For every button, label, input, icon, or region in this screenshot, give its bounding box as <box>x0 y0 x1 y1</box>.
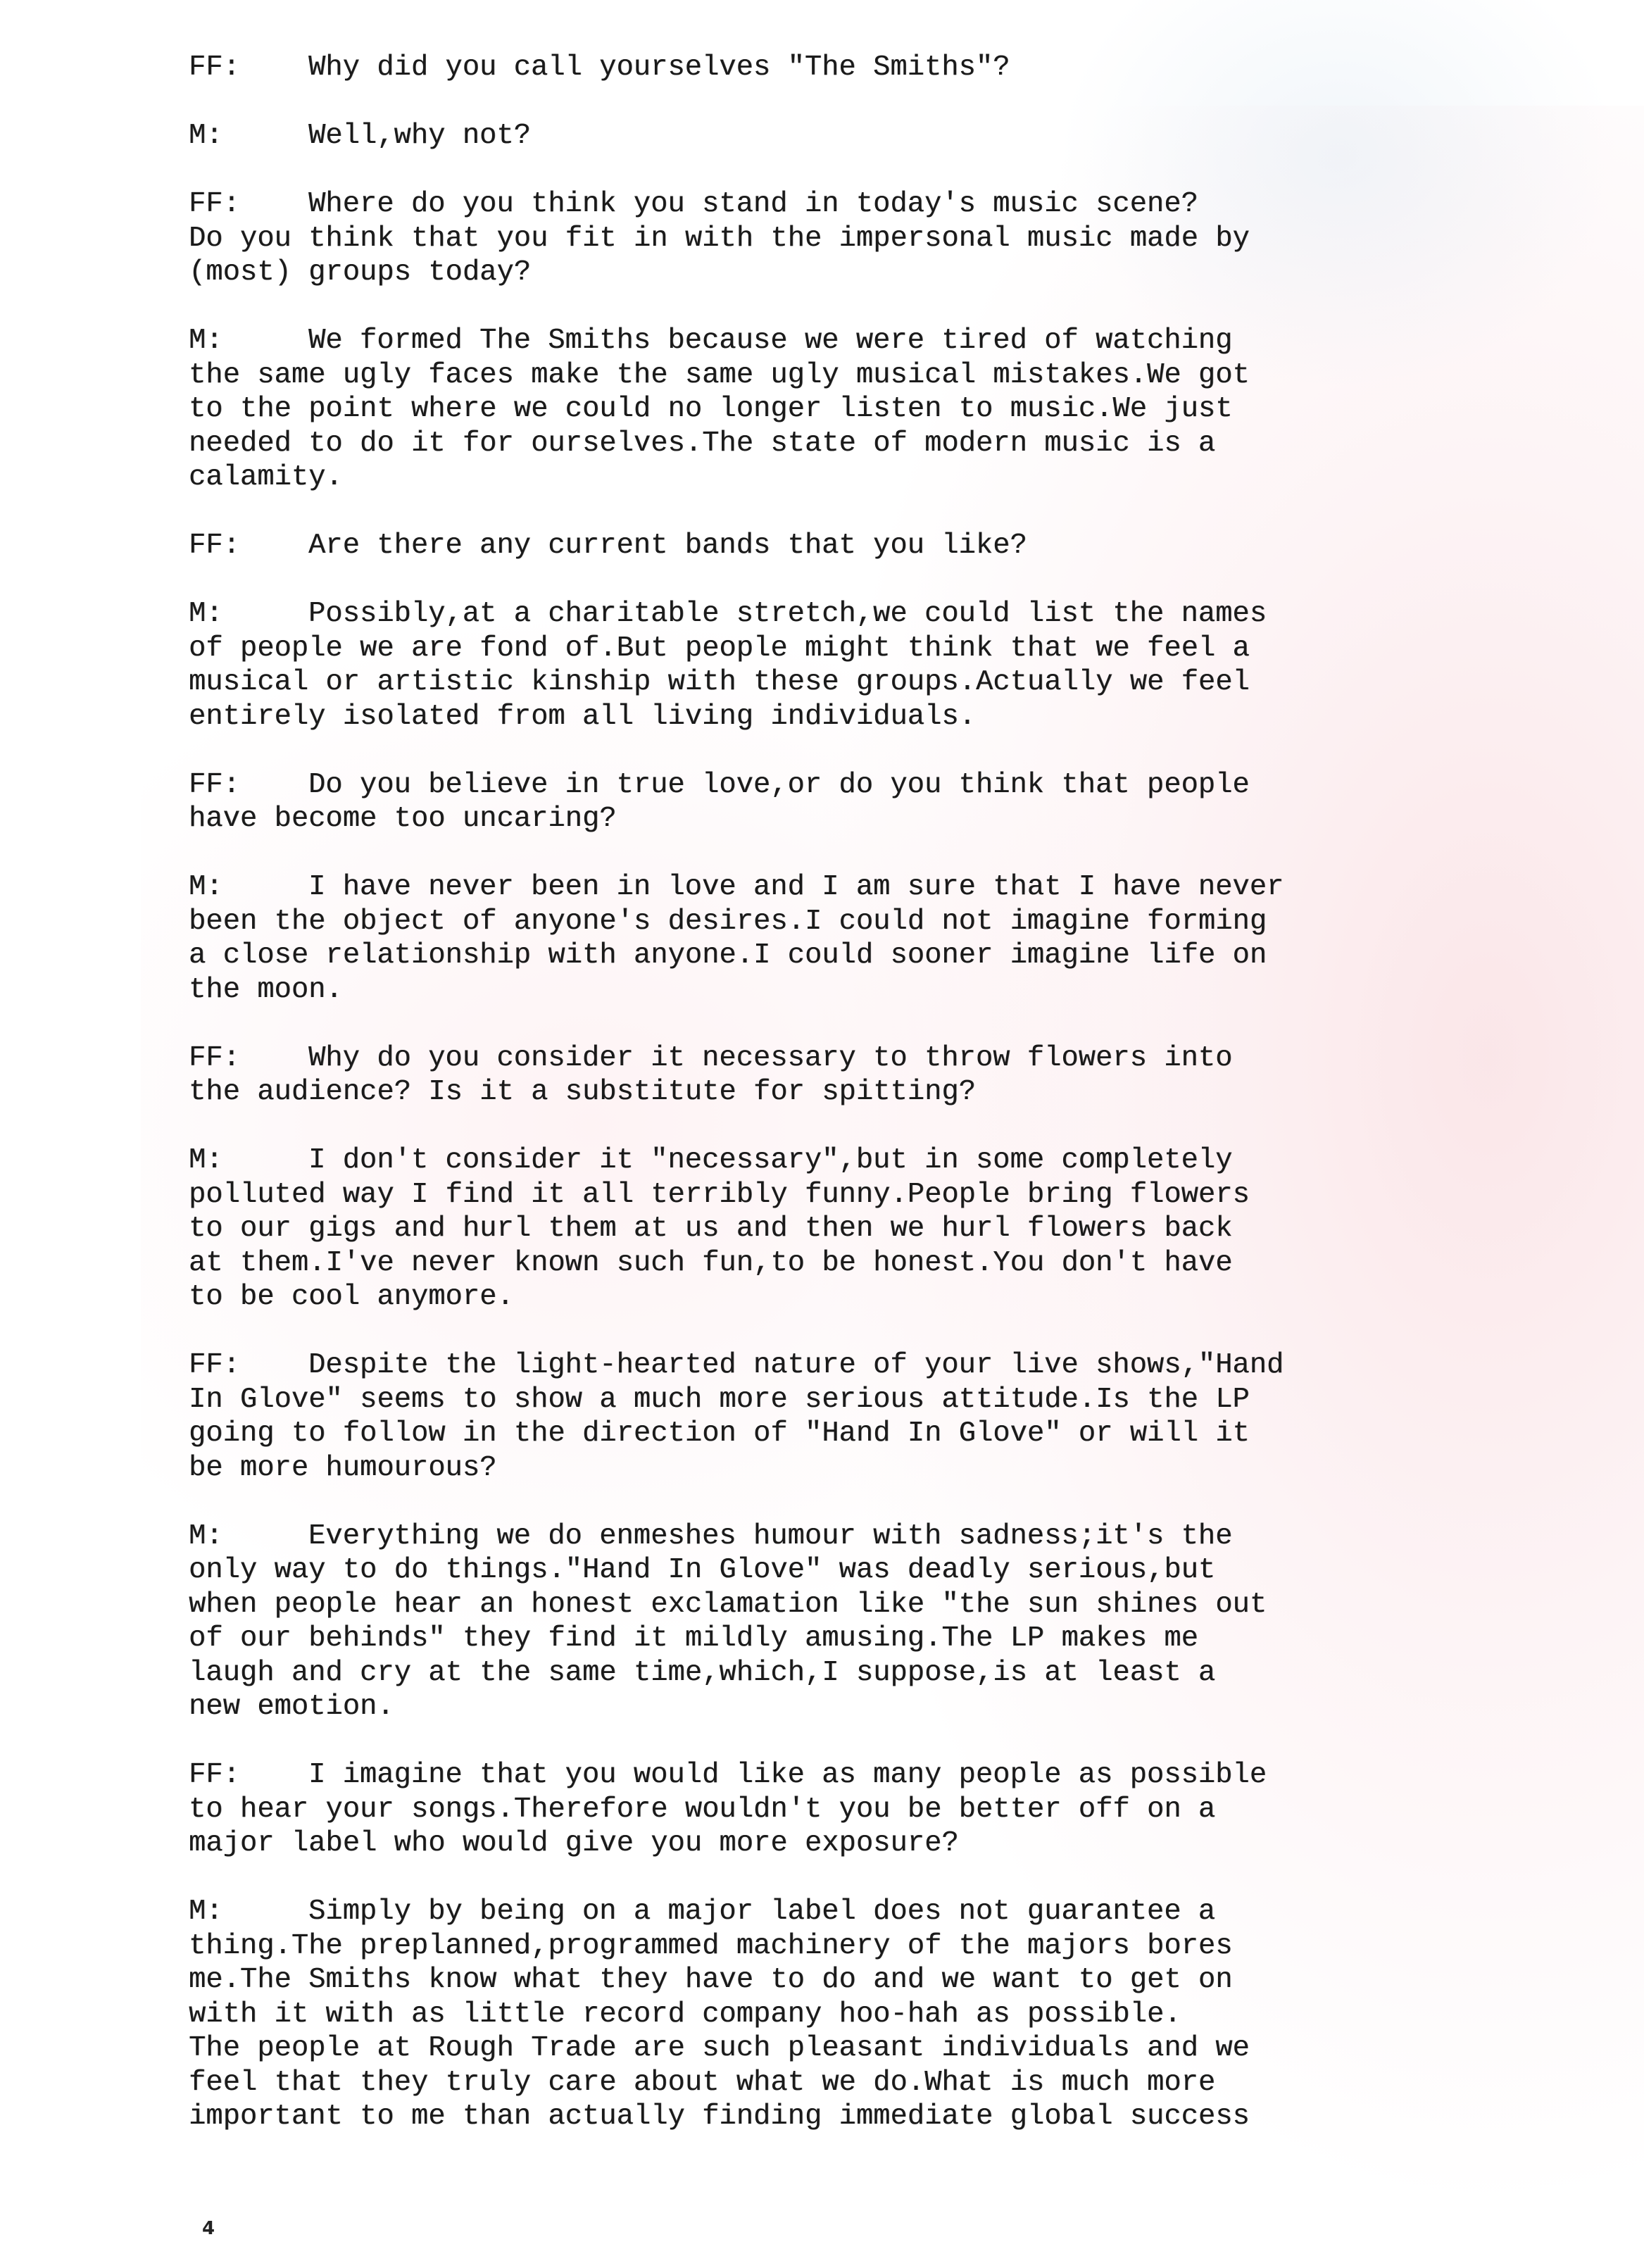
line-text: Everything we do enmeshes humour with sa… <box>308 1520 1232 1553</box>
line-text: Why did you call yourselves "The Smiths"… <box>308 51 1010 84</box>
text-line: musical or artistic kinship with these g… <box>189 665 1442 700</box>
text-line: to hear your songs.Therefore wouldn't yo… <box>189 1793 1442 1827</box>
text-line: In Glove" seems to show a much more seri… <box>189 1383 1442 1417</box>
text-line: M:We formed The Smiths because we were t… <box>189 324 1442 358</box>
line-text: entirely isolated from all living indivi… <box>189 701 976 733</box>
line-text: In Glove" seems to show a much more seri… <box>189 1384 1250 1416</box>
speaker-label: FF: <box>189 768 308 803</box>
text-line: to the point where we could no longer li… <box>189 392 1442 427</box>
line-text: Despite the light-hearted nature of your… <box>308 1349 1284 1382</box>
text-line: going to follow in the direction of "Han… <box>189 1417 1442 1451</box>
line-text: Are there any current bands that you lik… <box>308 530 1027 562</box>
line-text: to hear your songs.Therefore wouldn't yo… <box>189 1793 1215 1826</box>
text-line: to our gigs and hurl them at us and then… <box>189 1212 1442 1246</box>
text-line: needed to do it for ourselves.The state … <box>189 427 1442 461</box>
answer-block: M:I don't consider it "necessary",but in… <box>189 1144 1442 1315</box>
line-text: major label who would give you more expo… <box>189 1827 959 1860</box>
text-line: M:Everything we do enmeshes humour with … <box>189 1520 1442 1554</box>
text-line: new emotion. <box>189 1690 1442 1724</box>
line-text: musical or artistic kinship with these g… <box>189 666 1250 698</box>
text-line: be more humourous? <box>189 1451 1442 1486</box>
text-line: laugh and cry at the same time,which,I s… <box>189 1656 1442 1691</box>
text-line: thing.The preplanned,programmed machiner… <box>189 1929 1442 1964</box>
text-line: major label who would give you more expo… <box>189 1827 1442 1861</box>
text-line: M:Simply by being on a major label does … <box>189 1895 1442 1929</box>
line-text: laugh and cry at the same time,which,I s… <box>189 1657 1215 1689</box>
speaker-label: FF: <box>189 1041 308 1076</box>
text-line: the same ugly faces make the same ugly m… <box>189 358 1442 393</box>
text-line: only way to do things."Hand In Glove" wa… <box>189 1553 1442 1588</box>
speaker-label: M: <box>189 870 308 905</box>
line-text: to our gigs and hurl them at us and then… <box>189 1213 1233 1245</box>
line-text: We formed The Smiths because we were tir… <box>308 325 1232 357</box>
text-line: have become too uncaring? <box>189 802 1442 837</box>
line-text: going to follow in the direction of "Han… <box>189 1417 1250 1450</box>
line-text: to the point where we could no longer li… <box>189 393 1233 425</box>
answer-block: M:I have never been in love and I am sur… <box>189 870 1442 1007</box>
answer-block: M:Simply by being on a major label does … <box>189 1895 1442 2134</box>
text-line: M:I don't consider it "necessary",but in… <box>189 1144 1442 1178</box>
answer-block: M:Possibly,at a charitable stretch,we co… <box>189 597 1442 734</box>
text-line: at them.I've never known such fun,to be … <box>189 1246 1442 1281</box>
line-text: the audience? Is it a substitute for spi… <box>189 1076 976 1108</box>
text-line: of people we are fond of.But people migh… <box>189 632 1442 666</box>
speaker-label: M: <box>189 1895 308 1929</box>
speaker-label: M: <box>189 119 308 154</box>
line-text: polluted way I find it all terribly funn… <box>189 1179 1250 1211</box>
text-line: M:Well,why not? <box>189 119 1442 154</box>
answer-block: M:Everything we do enmeshes humour with … <box>189 1520 1442 1724</box>
line-text: been the object of anyone's desires.I co… <box>189 906 1267 938</box>
text-line: FF:Why did you call yourselves "The Smit… <box>189 51 1442 85</box>
text-line: important to me than actually finding im… <box>189 2100 1442 2134</box>
line-text: to be cool anymore. <box>189 1281 514 1313</box>
text-line: the moon. <box>189 973 1442 1008</box>
question-block: FF:Where do you think you stand in today… <box>189 187 1442 290</box>
text-line: when people hear an honest exclamation l… <box>189 1588 1442 1622</box>
line-text: Do you think that you fit in with the im… <box>189 223 1250 255</box>
line-text: of people we are fond of.But people migh… <box>189 632 1250 665</box>
question-block: FF:Despite the light-hearted nature of y… <box>189 1348 1442 1485</box>
answer-block: M:We formed The Smiths because we were t… <box>189 324 1442 495</box>
line-text: I imagine that you would like as many pe… <box>308 1759 1267 1791</box>
text-line: FF:I imagine that you would like as many… <box>189 1758 1442 1793</box>
speaker-label: FF: <box>189 1758 308 1793</box>
line-text: needed to do it for ourselves.The state … <box>189 427 1215 460</box>
line-text: the same ugly faces make the same ugly m… <box>189 359 1250 391</box>
line-text: Where do you think you stand in today's … <box>308 188 1198 220</box>
text-line: M:I have never been in love and I am sur… <box>189 870 1442 905</box>
interview-transcript: FF:Why did you call yourselves "The Smit… <box>189 51 1442 2134</box>
line-text: a close relationship with anyone.I could… <box>189 939 1267 972</box>
answer-block: M:Well,why not? <box>189 119 1442 154</box>
text-line: to be cool anymore. <box>189 1280 1442 1315</box>
line-text: be more humourous? <box>189 1452 496 1484</box>
line-text: when people hear an honest exclamation l… <box>189 1589 1267 1621</box>
question-block: FF:Do you believe in true love,or do you… <box>189 768 1442 837</box>
text-line: FF:Despite the light-hearted nature of y… <box>189 1348 1442 1383</box>
text-line: with it with as little record company ho… <box>189 1998 1442 2032</box>
line-text: important to me than actually finding im… <box>189 2100 1250 2133</box>
speaker-label: FF: <box>189 1348 308 1383</box>
question-block: FF:Are there any current bands that you … <box>189 529 1442 563</box>
speaker-label: M: <box>189 1144 308 1178</box>
line-text: Do you believe in true love,or do you th… <box>308 769 1250 801</box>
text-line: FF:Why do you consider it necessary to t… <box>189 1041 1442 1076</box>
question-block: FF:I imagine that you would like as many… <box>189 1758 1442 1861</box>
line-text: at them.I've never known such fun,to be … <box>189 1247 1233 1279</box>
text-line: (most) groups today? <box>189 256 1442 290</box>
line-text: Possibly,at a charitable stretch,we coul… <box>308 598 1267 630</box>
text-line: me.The Smiths know what they have to do … <box>189 1963 1442 1998</box>
speaker-label: M: <box>189 1520 308 1554</box>
text-line: M:Possibly,at a charitable stretch,we co… <box>189 597 1442 632</box>
text-line: a close relationship with anyone.I could… <box>189 939 1442 973</box>
line-text: I have never been in love and I am sure … <box>308 871 1284 903</box>
speaker-label: FF: <box>189 529 308 563</box>
line-text: feel that they truly care about what we … <box>189 2067 1215 2099</box>
question-block: FF:Why did you call yourselves "The Smit… <box>189 51 1442 85</box>
line-text: calamity. <box>189 461 343 494</box>
text-line: entirely isolated from all living indivi… <box>189 700 1442 734</box>
speaker-label: FF: <box>189 51 308 85</box>
line-text: thing.The preplanned,programmed machiner… <box>189 1930 1233 1962</box>
question-block: FF:Why do you consider it necessary to t… <box>189 1041 1442 1110</box>
text-line: been the object of anyone's desires.I co… <box>189 905 1442 939</box>
line-text: (most) groups today? <box>189 256 531 289</box>
text-line: FF:Are there any current bands that you … <box>189 529 1442 563</box>
speaker-label: FF: <box>189 187 308 222</box>
text-line: FF:Do you believe in true love,or do you… <box>189 768 1442 803</box>
line-text: The people at Rough Trade are such pleas… <box>189 2032 1250 2065</box>
page-number: 4 <box>202 2218 215 2239</box>
line-text: the moon. <box>189 974 343 1006</box>
line-text: Why do you consider it necessary to thro… <box>308 1042 1232 1075</box>
line-text: only way to do things."Hand In Glove" wa… <box>189 1554 1215 1586</box>
text-line: FF:Where do you think you stand in today… <box>189 187 1442 222</box>
line-text: me.The Smiths know what they have to do … <box>189 1964 1233 1996</box>
line-text: of our behinds" they find it mildly amus… <box>189 1622 1198 1655</box>
line-text: Well,why not? <box>308 120 531 152</box>
speaker-label: M: <box>189 597 308 632</box>
text-line: polluted way I find it all terribly funn… <box>189 1178 1442 1213</box>
text-line: The people at Rough Trade are such pleas… <box>189 2031 1442 2066</box>
text-line: Do you think that you fit in with the im… <box>189 222 1442 256</box>
speaker-label: M: <box>189 324 308 358</box>
line-text: with it with as little record company ho… <box>189 1998 1181 2031</box>
text-line: calamity. <box>189 461 1442 495</box>
line-text: have become too uncaring? <box>189 803 617 835</box>
text-line: of our behinds" they find it mildly amus… <box>189 1622 1442 1656</box>
line-text: Simply by being on a major label does no… <box>308 1896 1215 1928</box>
line-text: I don't consider it "necessary",but in s… <box>308 1144 1232 1177</box>
line-text: new emotion. <box>189 1691 394 1723</box>
text-line: the audience? Is it a substitute for spi… <box>189 1075 1442 1110</box>
text-line: feel that they truly care about what we … <box>189 2066 1442 2100</box>
